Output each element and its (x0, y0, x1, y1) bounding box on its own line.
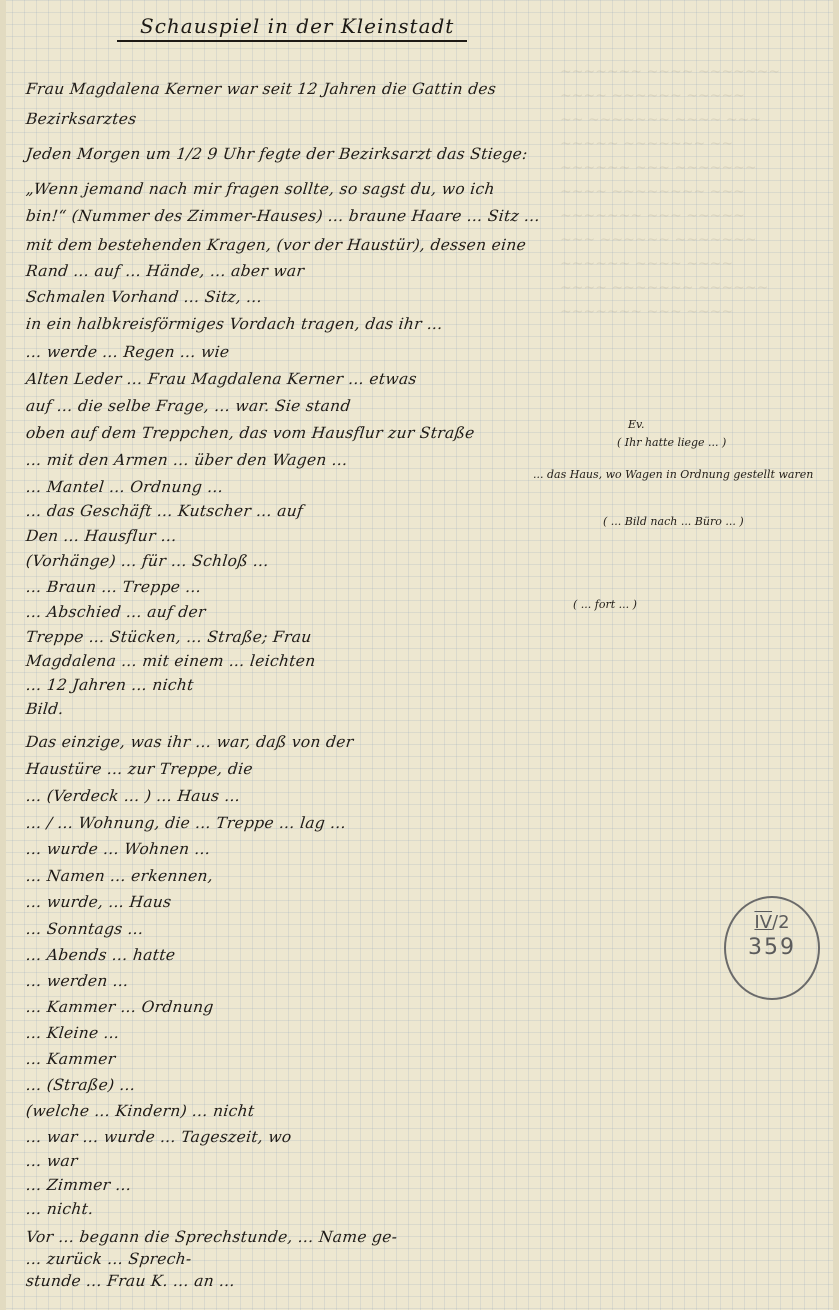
text-line: ... (Straße) ... (25, 1076, 136, 1094)
margin-note: ( ... fort ... ) (573, 598, 637, 611)
text-line: bin!“ (Nummer des Zimmer-Hauses) ... bra… (25, 207, 541, 225)
manuscript-page: ~~~~~~~ ~~~~ ~~~~~~~~~~~ ~~~~~~ ~~~~~~~ … (0, 0, 839, 1310)
text-line: stunde ... Frau K. ... an ... (25, 1272, 236, 1290)
text-line: ... das Geschäft ... Kutscher ... auf (25, 502, 304, 520)
page-edge-right (833, 0, 839, 1310)
text-line: Bild. (25, 700, 65, 718)
text-line: ... Kammer ... Ordnung (25, 998, 215, 1016)
text-line: Treppe ... Stücken, ... Straße; Frau (25, 628, 312, 646)
page-edge-left (0, 0, 6, 1310)
stamp-volume: IV (754, 912, 772, 933)
text-line: auf ... die selbe Frage, ... war. Sie st… (25, 397, 352, 415)
text-line: ... / ... Wohnung, die ... Treppe ... la… (25, 814, 347, 832)
margin-note: ... das Haus, wo Wagen in Ordnung gestel… (533, 468, 813, 481)
text-line: Den ... Hausflur ... (25, 527, 178, 545)
text-line: Schmalen Vorhand ... Sitz, ... (25, 288, 263, 306)
text-line: ... mit den Armen ... über den Wagen ... (25, 451, 349, 469)
text-line: ... wurde ... Wohnen ... (25, 840, 211, 858)
margin-note: Ev. (628, 418, 644, 431)
text-line: ... Namen ... erkennen, (25, 867, 214, 885)
text-line: „Wenn jemand nach mir fragen sollte, so … (25, 180, 496, 198)
text-line: ... nicht. (25, 1200, 94, 1218)
text-line: Bezirksarztes (25, 110, 137, 128)
text-line: in ein halbkreisförmiges Vordach tragen,… (25, 315, 444, 333)
stamp-folio: 359 (726, 935, 818, 960)
text-line: Vor ... begann die Sprechstunde, ... Nam… (25, 1228, 398, 1246)
text-line: mit dem bestehenden Kragen, (vor der Hau… (25, 236, 527, 254)
text-line: ... wurde, ... Haus (25, 893, 172, 911)
margin-note: ( Ihr hatte liege ... ) (617, 436, 726, 449)
text-line: ... (Verdeck ... ) ... Haus ... (25, 787, 241, 805)
text-line: ... werden ... (25, 972, 129, 990)
text-line: ... Kammer (25, 1050, 116, 1068)
text-line: (Vorhänge) ... für ... Schloß ... (25, 552, 270, 570)
document-title: Schauspiel in der Kleinstadt (140, 14, 454, 38)
title-underline (117, 40, 467, 42)
text-line: Rand ... auf ... Hände, ... aber war (25, 262, 305, 280)
text-line: oben auf dem Treppchen, das vom Hausflur… (25, 424, 476, 442)
archive-stamp: IV/2 359 (724, 896, 820, 1000)
text-line: ... Abschied ... auf der (25, 603, 207, 621)
bleed-through-text: ~~~~~~~ ~~~~ ~~~~~~~~~~~ ~~~~~~ ~~~~~~~ … (560, 60, 830, 1290)
text-line: Frau Magdalena Kerner war seit 12 Jahren… (25, 80, 497, 98)
text-line: Alten Leder ... Frau Magdalena Kerner ..… (25, 370, 418, 388)
text-line: Magdalena ... mit einem ... leichten (25, 652, 316, 670)
text-line: ... Mantel ... Ordnung ... (25, 478, 224, 496)
text-line: Jeden Morgen um 1/2 9 Uhr fegte der Bezi… (25, 145, 529, 163)
stamp-sub: 2 (778, 912, 789, 933)
text-line: ... Abends ... hatte (25, 946, 176, 964)
text-line: ... war (25, 1152, 79, 1170)
text-line: ... 12 Jahren ... nicht (25, 676, 195, 694)
margin-note: ( ... Bild nach ... Büro ... ) (603, 515, 744, 528)
text-line: ... Sonntags ... (25, 920, 144, 938)
text-line: ... zurück ... Sprech- (25, 1250, 192, 1268)
text-line: (welche ... Kindern) ... nicht (25, 1102, 255, 1120)
text-line: ... war ... wurde ... Tageszeit, wo (25, 1128, 292, 1146)
text-line: ... Zimmer ... (25, 1176, 132, 1194)
text-line: ... Braun ... Treppe ... (25, 578, 202, 596)
text-line: Das einzige, was ihr ... war, daß von de… (25, 733, 354, 751)
text-line: ... werde ... Regen ... wie (25, 343, 230, 361)
text-line: ... Kleine ... (25, 1024, 120, 1042)
text-line: Haustüre ... zur Treppe, die (25, 760, 254, 778)
